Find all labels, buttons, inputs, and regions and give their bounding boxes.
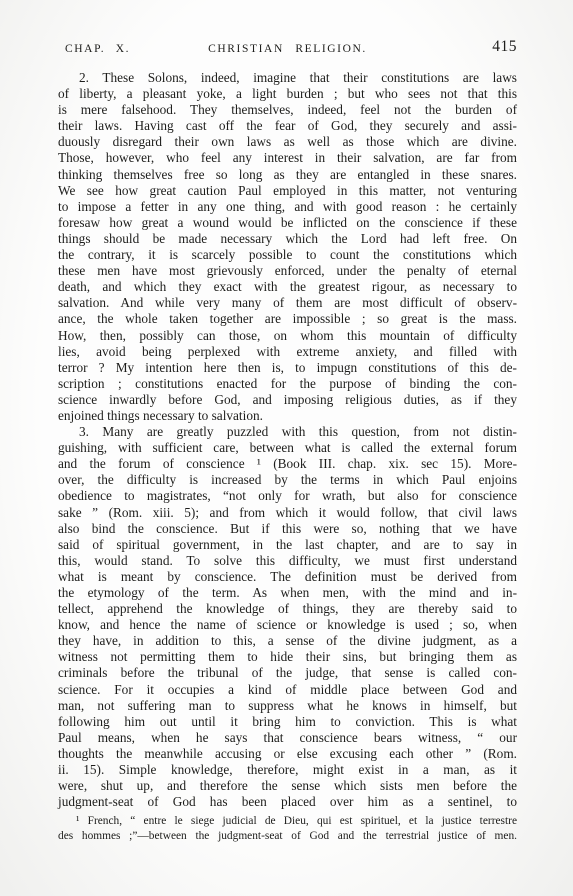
text-line: to impose a fetter in any one thing, and… bbox=[58, 199, 517, 215]
text-line: their laws. Having cast off the fear of … bbox=[58, 118, 517, 134]
text-line: these men have most grievously enforced,… bbox=[58, 263, 517, 279]
text-line: sake ” (Rom. xiii. 5); and from which it… bbox=[58, 505, 517, 521]
text-line: said of spiritual government, in the las… bbox=[58, 537, 517, 553]
text-line: they have, in addition to this, a sense … bbox=[58, 633, 517, 649]
text-line: 3. Many are greatly puzzled with this qu… bbox=[58, 424, 517, 440]
text-line: We see how great caution Paul employed i… bbox=[58, 183, 517, 199]
text-line: the etymology of the term. As when men, … bbox=[58, 585, 517, 601]
running-title: CHRISTIAN RELIGION. bbox=[58, 43, 517, 55]
page-number: 415 bbox=[492, 38, 517, 56]
running-header: CHAP. X. CHRISTIAN RELIGION. 415 bbox=[58, 41, 517, 57]
text-line: ii. 15). Simple knowledge, therefore, mi… bbox=[58, 762, 517, 778]
paragraph-2: 2. These Solons, indeed, imagine that th… bbox=[58, 70, 517, 424]
text-line: Paul means, when he says that conscience… bbox=[58, 730, 517, 746]
text-line: terror ? My intention here then is, to i… bbox=[58, 360, 517, 376]
text-line: science. For it occupies a kind of middl… bbox=[58, 682, 517, 698]
text-line: science inwardly before God, and imposin… bbox=[58, 392, 517, 408]
text-line: des hommes ;”—between the judgment-seat … bbox=[58, 829, 517, 844]
text-line: were, shut up, and therefore the sense w… bbox=[58, 778, 517, 794]
text-line: scription ; constitutions enacted for th… bbox=[58, 376, 517, 392]
text-line: tellect, apprehend the knowledge of thin… bbox=[58, 601, 517, 617]
text-line: ¹ French, “ entre le siege judicial de D… bbox=[58, 814, 517, 829]
text-line: How, then, possibly can those, on whom t… bbox=[58, 328, 517, 344]
text-line: man, not suffering man to suppress what … bbox=[58, 698, 517, 714]
paragraph-3: 3. Many are greatly puzzled with this qu… bbox=[58, 424, 517, 810]
text-line: of liberty, a pleasant yoke, a light bur… bbox=[58, 86, 517, 102]
body-text: 2. These Solons, indeed, imagine that th… bbox=[58, 70, 517, 810]
text-line: and the forum of conscience ¹ (Book III.… bbox=[58, 456, 517, 472]
text-line: is mere falsehood. They themselves, inde… bbox=[58, 102, 517, 118]
text-line: guishing, with sufficient care, between … bbox=[58, 440, 517, 456]
text-line: following him out until it bring him to … bbox=[58, 714, 517, 730]
text-line: the contrary, it is scarcely possible to… bbox=[58, 247, 517, 263]
text-line: 2. These Solons, indeed, imagine that th… bbox=[58, 70, 517, 86]
text-line: duously disregard their own laws as well… bbox=[58, 134, 517, 150]
text-line: witness not permitting them to hide thei… bbox=[58, 649, 517, 665]
text-line: salvation. And while very many of them a… bbox=[58, 295, 517, 311]
text-line: obedience to magistrates, “not only for … bbox=[58, 488, 517, 504]
text-line: over, the difficulty is increased by the… bbox=[58, 472, 517, 488]
footnote: ¹ French, “ entre le siege judicial de D… bbox=[58, 814, 517, 843]
text-line: death, and which they exact with the gre… bbox=[58, 279, 517, 295]
text-line: judgment-seat of God has been placed ove… bbox=[58, 794, 517, 810]
text-line: criminals before the tribunal of the jud… bbox=[58, 665, 517, 681]
text-line: ance, the whole taken together are impos… bbox=[58, 311, 517, 327]
text-line: what is meant by conscience. The definit… bbox=[58, 569, 517, 585]
text-line: lies, avoid being perplexed with extreme… bbox=[58, 344, 517, 360]
text-line: thinking themselves free so long as they… bbox=[58, 167, 517, 183]
text-line: also bind the conscience. But if this we… bbox=[58, 521, 517, 537]
book-page: CHAP. X. CHRISTIAN RELIGION. 415 2. Thes… bbox=[0, 0, 573, 896]
text-line: things should be made necessary which th… bbox=[58, 231, 517, 247]
text-line: thoughts the meanwhile accusing or else … bbox=[58, 746, 517, 762]
text-line: enjoined things necessary to salvation. bbox=[58, 408, 517, 424]
text-line: Those, however, who feel any interest in… bbox=[58, 150, 517, 166]
text-line: know, and hence the name of science or k… bbox=[58, 617, 517, 633]
text-line: this, would stand. To solve this difficu… bbox=[58, 553, 517, 569]
text-line: foresaw how great a wound would be infli… bbox=[58, 215, 517, 231]
